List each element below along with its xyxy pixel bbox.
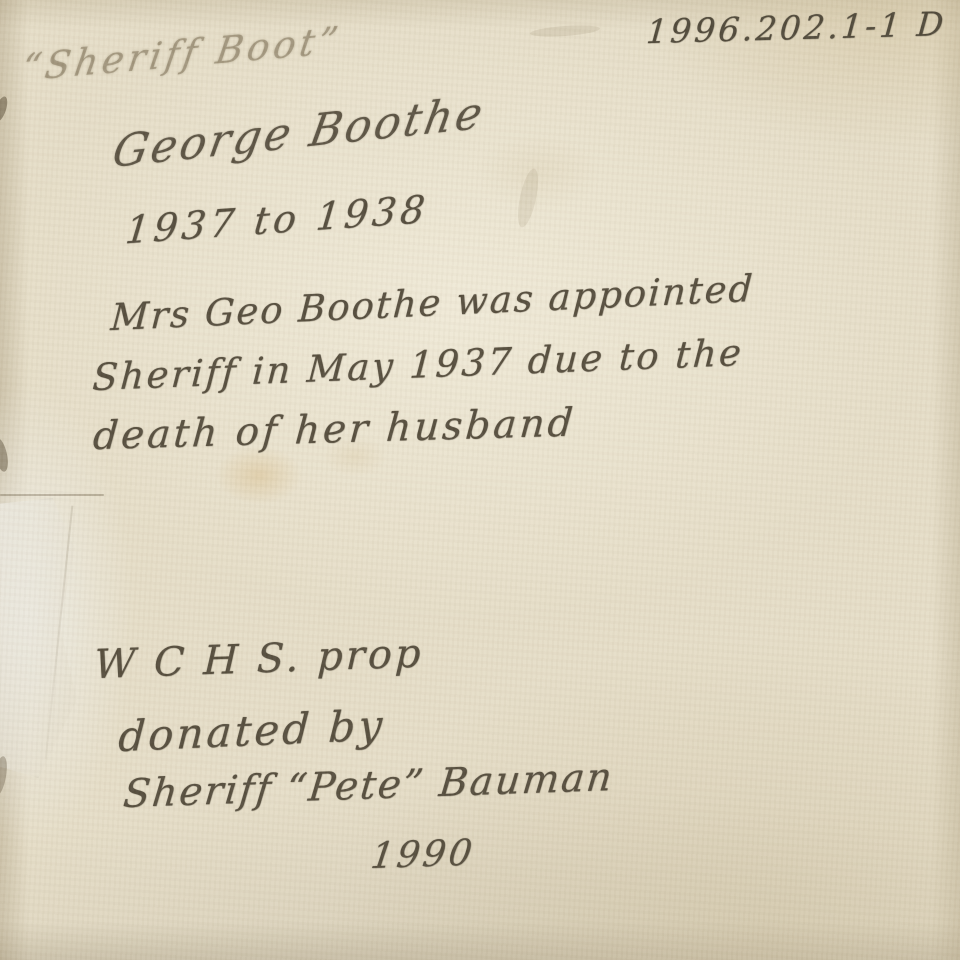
subject-name-text: George Boothe: [109, 87, 489, 178]
accession-number: 1996.202.1-1 D: [645, 4, 948, 51]
paper-edge-nick: [0, 95, 10, 123]
pencil-smudge: [530, 24, 601, 39]
donation-year-text: 1990: [368, 832, 477, 877]
donation-line-1: donated by: [117, 700, 387, 761]
term-years-text: 1937 to 1938: [123, 187, 431, 253]
note-paper: 1996.202.1-1 D “Sheriff Boot” George Boo…: [0, 0, 960, 960]
note-line-1: Mrs Geo Boothe was appointed: [109, 267, 755, 339]
collection-property-text: W C H S. prop: [93, 630, 424, 688]
paper-edge-nick: [0, 437, 10, 473]
faint-title-text: “Sheriff Boot”: [19, 18, 345, 90]
crease-line-horizontal: [0, 494, 104, 496]
note-line-3: death of her husband: [92, 401, 578, 460]
pencil-smudge: [514, 167, 542, 229]
note-line-2: Sheriff in May 1937 due to the: [91, 331, 745, 399]
donation-line-2: Sheriff “Pete” Bauman: [121, 755, 616, 817]
